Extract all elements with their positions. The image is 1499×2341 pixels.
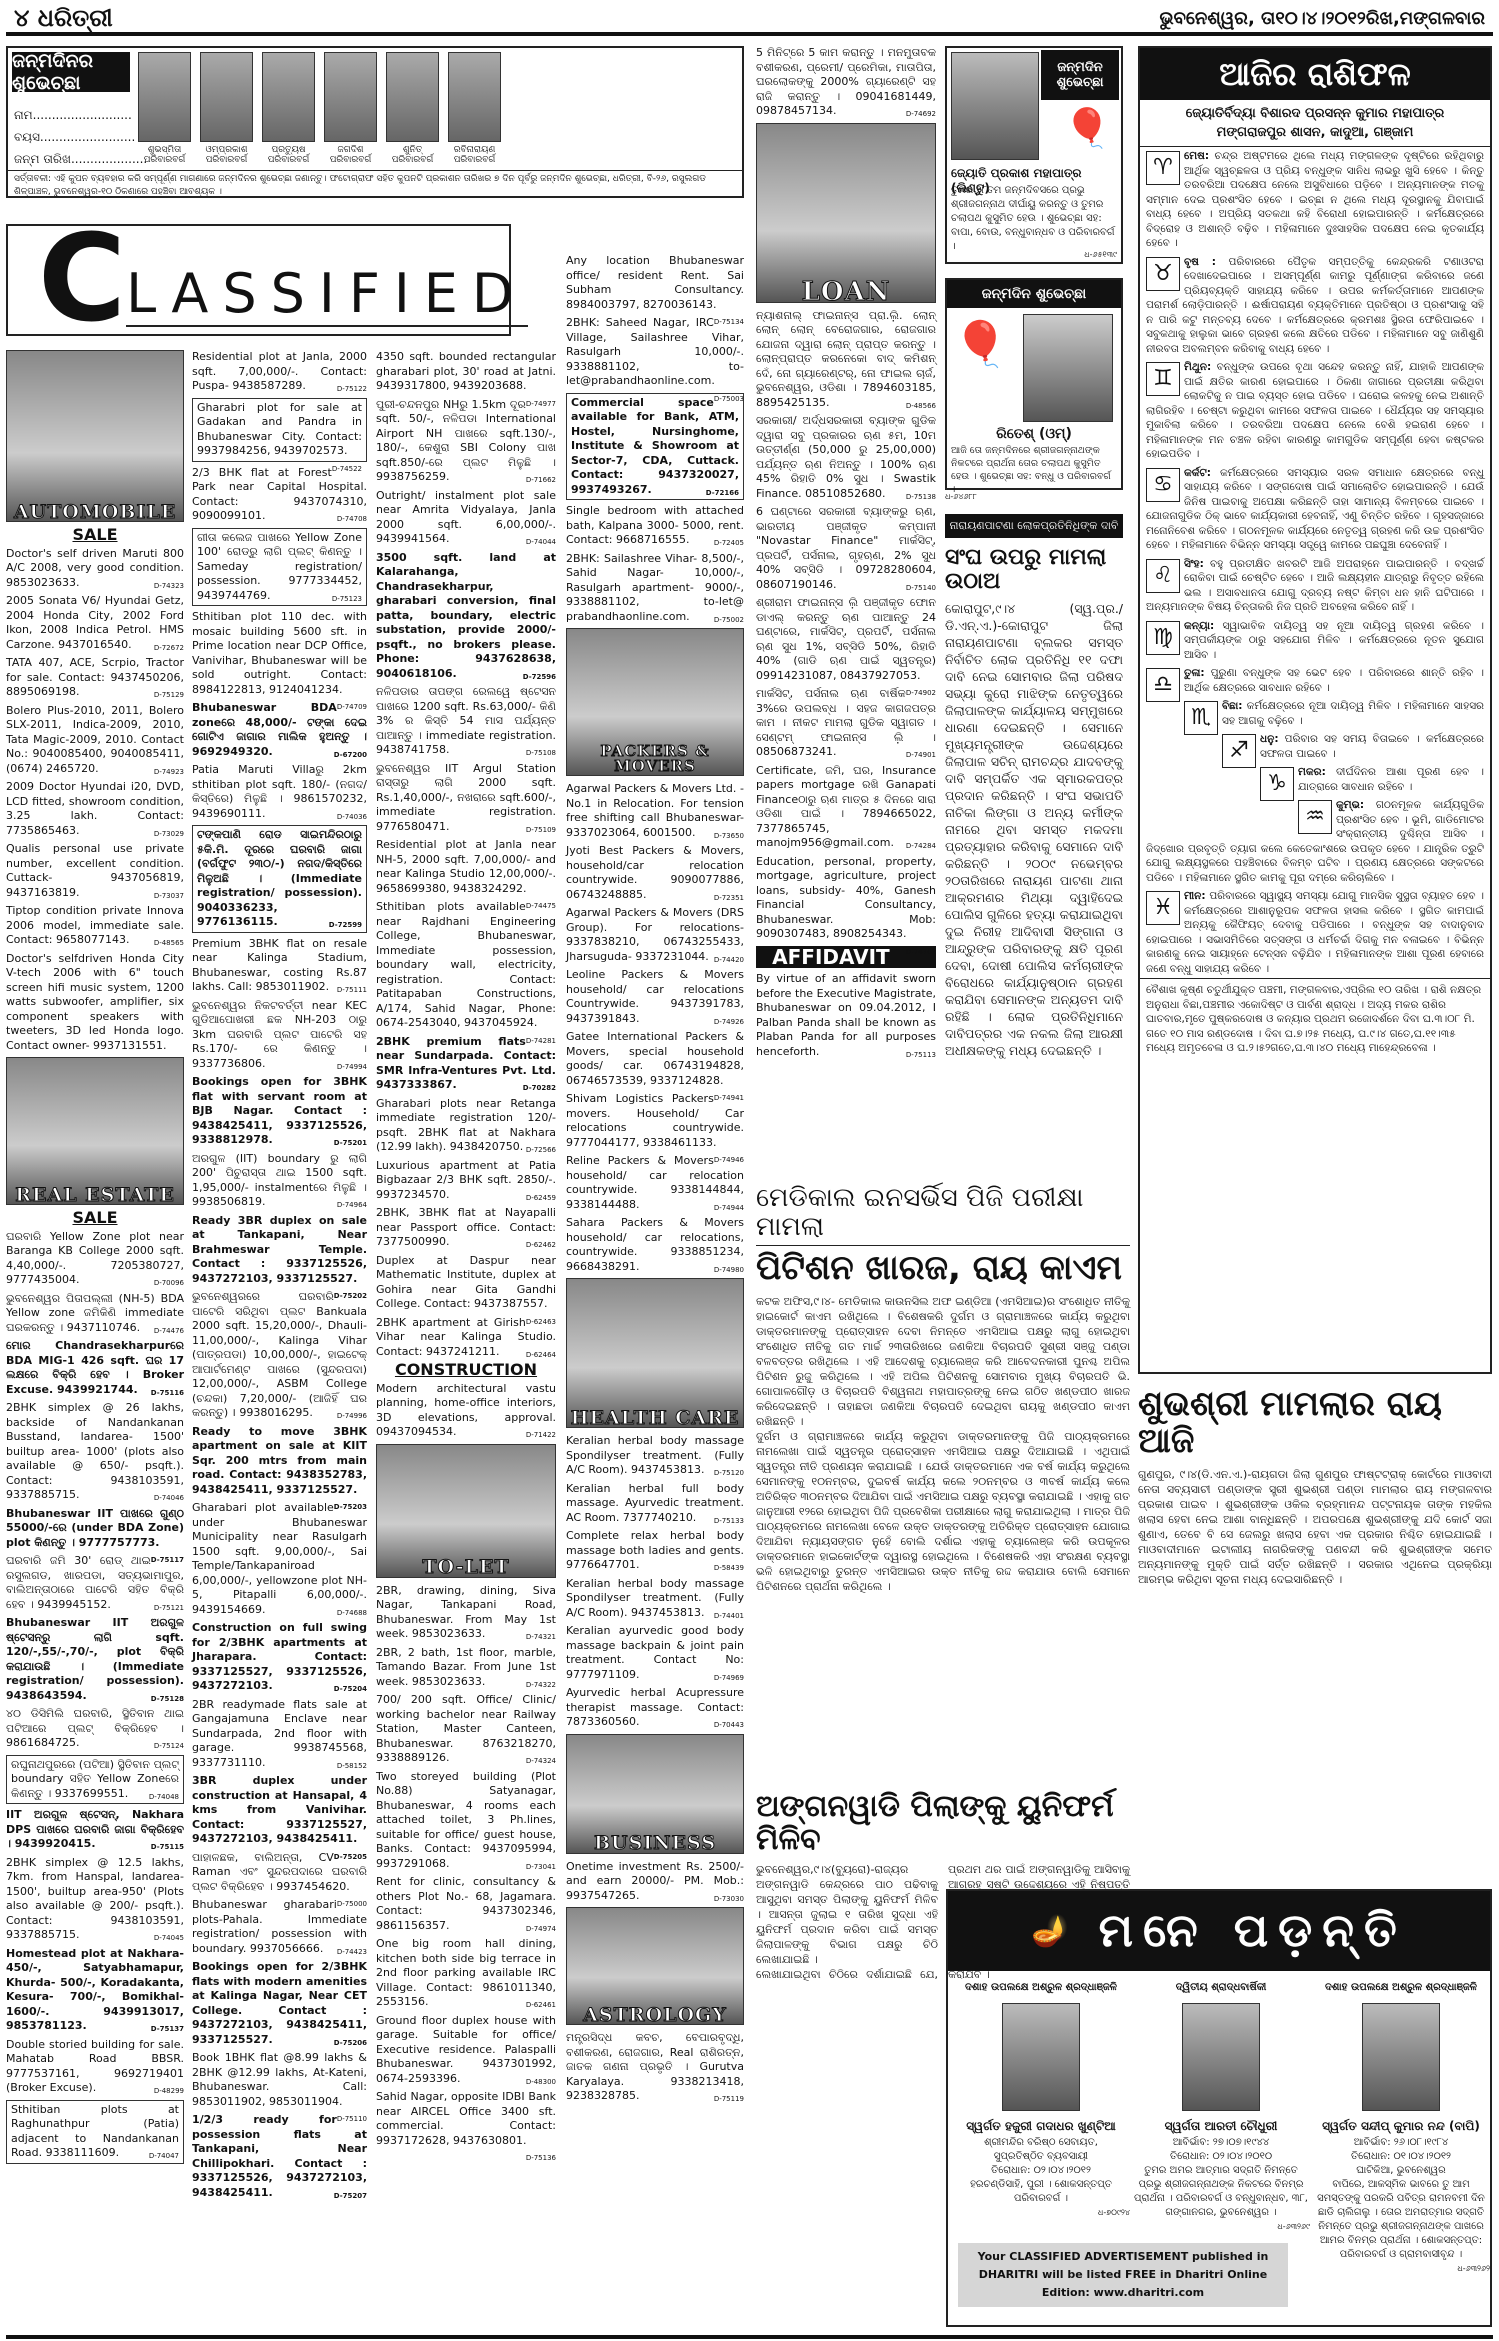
ad-code: D-75122	[337, 382, 367, 397]
zodiac-entry: ♈ମେଷ: ଚନ୍ଦ୍ର ଅଷ୍ଟମରେ ଥିଲେ ମଧ୍ୟ ମଙ୍ଗଳଙ୍କ …	[1140, 147, 1490, 253]
ad-code: D-75201	[334, 1136, 367, 1151]
ad-code: D-75133	[714, 1514, 744, 1529]
property-ads-list-3: 4350 sqft. bounded rectangular gharabari…	[376, 350, 556, 1359]
obituary-arati: ଦ୍ୱିତୀୟ ଶ୍ରାଦ୍ଧବାର୍ଷିକୀ ସ୍ୱର୍ଗତା ଆରତୀ ଚୌ…	[1132, 1981, 1310, 2234]
kid-portrait: ଶୁନିତ୍ପରିବାରବର୍ଗ	[386, 52, 439, 165]
column-automobile-realestate: AUTOMOBILE SALE Doctor's self driven Mar…	[6, 350, 184, 2168]
classified-ad: Bhubaneswar IIT ଅରଗୁଳ ଷ୍ଟେସନ୍‌ରୁ ଲାଗି sq…	[6, 1616, 184, 1703]
classified-ad: Bhubaneswar IIT ପାଖରେ ଗୁଣ୍ଠ 55000/-ରେ (u…	[6, 1507, 184, 1551]
ad-code: D-74048	[149, 1790, 179, 1805]
birthday-card-jyoti: ଜନ୍ମଦିନ ଶୁଭେଚ୍ଛା 🎈 ଜ୍ୟୋତି ପ୍ରକାଶ ମହାପାତ୍…	[945, 46, 1123, 264]
ad-code: D-75121	[154, 1601, 184, 1616]
classified-ad: Patia Maruti Villaରୁ 2km sthitiban plot …	[192, 763, 367, 821]
ad-code: D-74944	[714, 1201, 744, 1216]
ad-code: D-70282	[523, 1081, 556, 1096]
classified-ad: 3500 sqft. land at Kalarahanga, Chandras…	[376, 551, 556, 682]
classified-ad: Premium 3BHK flat on resale near Kalinga…	[192, 937, 367, 995]
balloons-icon: 🎈	[1064, 106, 1111, 151]
ad-code: D-74688	[337, 1606, 367, 1621]
classified-ad: ରଘୁନାଥପୁରରେ (ପଟିଆ) ସ୍ଥିତିବାନ ପ୍ଲଟ୍ bound…	[6, 1755, 184, 1805]
realestate-ads-list: ଘରବାରି Yellow Zone plot near Baranga KB …	[6, 1230, 184, 2164]
dateline: ଭୁବନେଶ୍ୱର, ତା୧୦।୪।୨୦୧୨ରିଖ,ମଙ୍ଗଳବାର	[1159, 8, 1485, 29]
news-body: ଗୁଣପୁର, ୯।୪(ଡି.ଏନ.ଏ.)-ରାୟଗଡା ଜିଲା ଗୁଣପୁର…	[1138, 1467, 1492, 1587]
zodiac-prediction: ବନ୍ଧୁଙ୍କ ଉପରେ ବୃଥା ସନ୍ଦେହ କରନ୍ତୁ ନାହିଁ, …	[1146, 361, 1484, 460]
kid-portrait: ରବିନାରାୟଣପରିବାରବର୍ଗ	[448, 52, 501, 165]
ad-text: Book 1BHK flat @8.99 lakhs & 2BHK @12.99…	[192, 2051, 367, 2108]
healthcare-ads-list: Keralian herbal body massage Spondilyser…	[566, 1434, 744, 1730]
ad-code: D-75117	[151, 1553, 184, 1568]
construction-ads-list: Modern architectural vastu planning, hom…	[376, 1382, 556, 1440]
ad-code: D-75111	[337, 983, 367, 998]
ad-code: D-72566	[526, 1143, 556, 1158]
ad-text: Bhubaneswar IIT ଅରଗୁଳ ଷ୍ଟେସନ୍‌ରୁ ଲାଗି sq…	[6, 1616, 184, 1702]
classified-ad: 700/ 200 sqft. Office/ Clinic/ working b…	[376, 1693, 556, 1766]
ad-code: D-74284	[906, 839, 936, 854]
business-category-image: BUSINESS	[566, 1734, 744, 1854]
classified-ad: 2009 Doctor Hyundai i20, DVD, LCD fitted…	[6, 780, 184, 838]
ad-text: ଟଙ୍କପାଣି ରୋଡ ସାଇମନ୍ଦିରଠାରୁ ୫କି.ମି. ଦୂରରେ…	[197, 828, 362, 928]
classified-ad: Single bedroom with attached bath, Kalpa…	[566, 504, 744, 548]
ad-code: D-74323	[154, 579, 184, 594]
ad-code: D-73650	[714, 829, 744, 844]
ad-code: D-74281	[526, 1034, 556, 1049]
birthday-person-name: ରିତେଶ୍ (ଓମ୍)	[947, 426, 1121, 442]
classified-ad: Doctor's self driven Maruti 800 A/C 2008…	[6, 547, 184, 591]
zodiac-entry: ♑ମକର: ଦୀର୍ଘଦିନର ଆଶା ପୂରଣ ହେବ । ଯାତ୍ରାରେ …	[1140, 763, 1490, 796]
ad-code: D-74709	[337, 700, 367, 715]
tolet-category-image: TO-LET	[376, 1444, 556, 1578]
ad-text: 4350 sqft. bounded rectangular gharabari…	[376, 350, 556, 392]
zodiac-entry: ♓ମୀନ: ପରିବାରରେ ସ୍ୱାସ୍ଥ୍ୟ ସମସ୍ୟା ଯୋଗୁ ମାନ…	[1140, 887, 1490, 978]
ad-code: D-74036	[337, 810, 367, 825]
classified-ad: ନଳିପଡାର ତାପଙ୍ଗ ରେଲୱେ ଷ୍ଟେସନ ପାଖରେ 1200 s…	[376, 685, 556, 758]
zodiac-sign-icon: ♉	[1146, 257, 1180, 291]
kid-portrait: ଓମ୍‌ପ୍ରକାଶପରିବାରବର୍ଗ	[200, 52, 253, 165]
ad-code: D-62463	[526, 1315, 556, 1330]
ad-code: D-74401	[714, 1609, 744, 1624]
obituary-photo	[1002, 2003, 1080, 2111]
classified-ad: ସରକାରୀ/ ଅର୍ଦ୍ଧସରକାରୀ ବ୍ୟାଙ୍କ ଗୁଡିକ ଦ୍ୱାର…	[756, 414, 936, 501]
bottom-divider	[6, 2335, 1493, 2339]
news-kicker: ମେଡିକାଲ ଇନସର୍ଭିସ ପିଜି ପରୀକ୍ଷା ମାମଲା	[756, 1184, 1130, 1246]
ad-text: Any location Bhubaneswar office/ residen…	[566, 254, 744, 311]
classified-ad: ଭୁବନେଶ୍ୱରରେ ଘରବାରି ପାଟେରି ସରିଥିବା ପ୍ଲଟ B…	[192, 1290, 367, 1421]
zodiac-list: ♈ମେଷ: ଚନ୍ଦ୍ର ଅଷ୍ଟମରେ ଥିଲେ ମଧ୍ୟ ମଙ୍ଗଳଙ୍କ …	[1140, 147, 1490, 978]
ad-text: Certificate, ଜମି, ଘର, Insurance papers m…	[756, 764, 936, 850]
classified-ad: 4350 sqft. bounded rectangular gharabari…	[376, 350, 556, 394]
classified-ad: Ayurvedic herbal Acupressure therapist m…	[566, 1686, 744, 1730]
classified-ad: Duplex at Daspur near Mathematic Institu…	[376, 1254, 556, 1312]
news-kicker: ନାରାୟଣପାଟଣା ଲୋକପ୍ରତିନିଧିଙ୍କ ଦାବି	[945, 514, 1123, 538]
zodiac-sign-icon: ♑	[1260, 767, 1294, 801]
zodiac-sign-icon: ♋	[1146, 468, 1180, 502]
classified-ad: Keralian herbal full body massage. Ayurv…	[566, 1482, 744, 1526]
classified-ad: ମନ୍ତ୍ରସିଦ୍ଧ କବଚ, ବେପାରବୃଦ୍ଧି, ବଶୀକରଣ, ରୋ…	[566, 2031, 744, 2104]
ad-text: 3BR duplex under construction at Hansapa…	[192, 1774, 367, 1845]
ad-code: D-58152	[337, 1759, 367, 1774]
classified-ad: Two storeyed building (Plot No.88) Satya…	[376, 1770, 556, 1872]
news-subhasree: ଶୁଭଶ୍ରୀ ମାମଲାର ରାୟ ଆଜି ଗୁଣପୁର, ୯।୪(ଡି.ଏନ…	[1138, 1386, 1492, 1587]
ad-code: D-75207	[334, 2189, 367, 2204]
ad-code: D-48566	[906, 399, 936, 414]
ad-code: D-74994	[337, 1060, 367, 1075]
ad-code: D-72405	[714, 536, 744, 551]
classified-ad: Keralian herbal body massage Spondilyser…	[566, 1434, 744, 1478]
classified-ad: Sthitiban plots at Raghunathpur (Patia) …	[6, 2100, 184, 2164]
classified-ad: Agarwal Packers & Movers Ltd. - No.1 in …	[566, 782, 744, 840]
ad-code: D-72672	[154, 641, 184, 656]
ad-code: D-75110	[337, 2112, 367, 2127]
kid-portrait: ଶୁଭସ୍ମିତାପରିବାରବର୍ଗ	[138, 52, 191, 165]
top-ads-list: 5 ମିନିଟ୍‌ରେ 5 କାମ କରାନ୍ତୁ । ମନମୁତାବକ ବଶୀ…	[756, 46, 936, 119]
classified-ad: Onetime investment Rs. 2500/- and earn 2…	[566, 1860, 744, 1904]
column-rent-services: Any location Bhubaneswar office/ residen…	[566, 254, 744, 2108]
zodiac-entry: ♌ସିଂହ: ବହୁ ପ୍ରତୀକ୍ଷିତ ଖବରଟି ଆଜି ଅପରାହ୍ନେ…	[1140, 555, 1490, 617]
tolet-ads-list: 2BR, drawing, dining, Siva Nagar, Tankap…	[376, 1584, 556, 2149]
healthcare-category-image: HEALTH CARE	[566, 1278, 744, 1428]
ad-code: D-74475	[526, 899, 556, 914]
news-headline: ସଂଘ ଉପରୁ ମାମଲା ଉଠାଅ	[945, 546, 1123, 594]
column-property-2: Residential plot at Janla, 2000 sqft. 7,…	[192, 350, 367, 2204]
ad-text: Gharabari plot available under Bhubanesw…	[192, 1501, 367, 1616]
ad-text: Ready 3BR duplex on sale at Tankapani, N…	[192, 1214, 367, 1285]
news-body: କୋରାପୁଟ,୯।୪ (ସ୍ୱ.ପ୍ର./ ଡି.ଏନ୍.ଏ.)-କୋରାପୁ…	[945, 600, 1123, 1059]
classified-ad: ଅରଗୁଳ (IIT) boundary ରୁ ଲାଗି 200' ପିଚୁରା…	[192, 1152, 367, 1210]
ad-code: D-75128	[151, 1692, 184, 1707]
kid-photo	[324, 52, 377, 142]
ad-code: D-74902	[906, 686, 936, 701]
classified-ad: Construction on full swing for 2/3BHK ap…	[192, 1621, 367, 1694]
classified-ad: Any location Bhubaneswar office/ residen…	[566, 254, 744, 312]
classified-ad: 2BHK, 3BHK flat at Nayapalli near Passpo…	[376, 1206, 556, 1250]
page-number-masthead: ୪ ଧରିତ୍ରୀ	[14, 4, 113, 32]
birthday-photo	[1023, 314, 1113, 422]
classified-ad: ଗୀତା କଲେଜ ପାଖରେ Yellow Zone 100' ରୋଡ୍‌ରୁ…	[192, 528, 367, 607]
ad-code: D-75115	[151, 1840, 184, 1855]
ad-code: D-75119	[714, 2092, 744, 2107]
ad-code: D-67200	[334, 748, 367, 763]
ad-text: ସରକାରୀ/ ଅର୍ଦ୍ଧସରକାରୀ ବ୍ୟାଙ୍କ ଗୁଡିକ ଦ୍ୱାର…	[756, 414, 936, 500]
zodiac-prediction: ପରିବାର ସହ ସମୟ ବିତାଇବେ । କର୍ମକ୍ଷେତ୍ରରେ ସଫ…	[1260, 733, 1484, 760]
zodiac-prediction: ପୁରୁଣା ବନ୍ଧୁଙ୍କ ସହ ଭେଟ ହେବ । ପରିବାରରେ ଶା…	[1184, 667, 1484, 694]
ad-code: D-62459	[526, 1191, 556, 1206]
ad-code: ଧ-୬୪୬୮୮	[945, 492, 977, 502]
birthday-message: ତୁମର ୧୮ତମ ଜନ୍ମଦିବସରେ ପ୍ରଭୁ ଶ୍ରୀଜଗନ୍ନାଥ ଦ…	[951, 184, 1117, 254]
zodiac-sign-icon: ♌	[1146, 559, 1180, 593]
dharitri-online-promo: Your CLASSIFIED ADVERTISEMENT published …	[958, 2243, 1288, 2307]
ad-code: D-75129	[154, 688, 184, 703]
ad-code: D-74324	[526, 1754, 556, 1769]
classified-ad: Homestead plot at Nakhara-450/-, Satyabh…	[6, 1947, 184, 2034]
ad-code: D-73030	[714, 1892, 744, 1907]
ad-code: D-74926	[714, 1015, 744, 1030]
ad-code: D-74974	[526, 1922, 556, 1937]
ad-text: Bookings open for 2/3BHK flats with mode…	[192, 1960, 367, 2046]
coupon-terms: ସର୍ତ୍ତାବଳୀ: ଏହି କୁପନ ବ୍ୟବହାର କରି ସମ୍ପୂର୍…	[8, 170, 742, 201]
classified-ad: Jyoti Best Packers & Movers, household/c…	[566, 844, 744, 902]
zodiac-prediction: ଚନ୍ଦ୍ର ଅଷ୍ଟମରେ ଥିଲେ ମଧ୍ୟ ମଙ୍ଗଳଙ୍କ ଦୃଷ୍ଟି…	[1146, 150, 1484, 249]
ad-code: D-75113	[906, 1048, 936, 1063]
ad-code: ଧ-୬୫୧୩୯	[1084, 250, 1117, 260]
ad-code: D-72351	[714, 891, 744, 906]
ad-text: 2BHK simplex @ 12.5 lakhs, 7km. from Han…	[6, 1856, 184, 1942]
classified-ad: 2BHK simplex @ 12.5 lakhs, 7km. from Han…	[6, 1856, 184, 1943]
classified-ad: Luxurious apartment at Patia Bigbazaar 2…	[376, 1159, 556, 1203]
zodiac-prediction: ପରିବାରରେ ପୈତୃକ ସମ୍ପତ୍ତିକୁ କେନ୍ଦ୍ରକରି ଟଣା…	[1146, 256, 1484, 355]
ad-code: D-72599	[329, 918, 362, 933]
ad-code: D-48565	[154, 936, 184, 951]
ad-code: D-75000	[337, 1897, 367, 1912]
ad-code: D-74980	[714, 1263, 744, 1278]
ad-text: Gharabri plot for sale at Gadakan and Pa…	[197, 401, 362, 458]
classified-ad: 2005 Sonata V6/ Hyundai Getz, 2004 Honda…	[6, 594, 184, 652]
ad-code: D-73029	[154, 827, 184, 842]
auto-ads-list: Doctor's self driven Maruti 800 A/C 2008…	[6, 547, 184, 1054]
ad-text: 3500 sqft. land at Kalarahanga, Chandras…	[376, 551, 556, 680]
ad-code: D-73037	[154, 889, 184, 904]
classified-ad: Ready to move 3BHK apartment on sale at …	[192, 1425, 367, 1498]
ad-code: D-70096	[154, 1276, 184, 1291]
obituary-photo	[1182, 2003, 1260, 2111]
mane-padanti-title: 🪔 ମନେ ପଡ଼ନ୍ତି	[948, 1891, 1490, 1971]
classified-ad: Gharabri plot for sale at Gadakan and Pa…	[192, 398, 367, 462]
ad-text: Duplex at Daspur near Mathematic Institu…	[376, 1254, 556, 1311]
ad-code: D-75137	[151, 2022, 184, 2037]
kid-portrait: ପ୍ରତ୍ୟୁଷପରିବାରବର୍ଗ	[262, 52, 315, 165]
zodiac-sign-name: ଧନୁ:	[1260, 733, 1279, 745]
ad-code: D-75108	[526, 746, 556, 761]
zodiac-sign-name: ମିଥୁନ:	[1184, 361, 1211, 373]
classified-big-c: C	[38, 220, 126, 340]
news-headline: ଅଙ୍ଗନୱାଡି ପିଲାଙ୍କୁ ୟୁନିଫର୍ମ ମିଳିବ	[756, 1790, 1130, 1856]
birthday-card-head: ଜନ୍ମଦିନ ଶୁଭେଚ୍ଛା	[947, 280, 1121, 308]
ad-code: D-74321	[526, 1630, 556, 1645]
classified-ad: Bolero Plus-2010, 2011, Bolero SLX-2011,…	[6, 704, 184, 777]
classified-ad: 3BR duplex under construction at Hansapa…	[192, 1774, 367, 1847]
ad-text: By virtue of an affidavit sworn before t…	[756, 972, 936, 1058]
kid-portrait: ଜଗଦିଶପରିବାରବର୍ଗ	[324, 52, 377, 165]
zodiac-sign-icon: ♍	[1146, 621, 1180, 655]
zodiac-sign-name: ମକର:	[1298, 766, 1326, 778]
ad-code: D-71422	[526, 1428, 556, 1443]
ad-code: D-74420	[714, 953, 744, 968]
ad-text: Sthitiban plot 110 dec. with mosaic buil…	[192, 610, 367, 696]
zodiac-sign-icon: ♊	[1146, 362, 1180, 396]
classified-ad: ଘରବାରି Yellow Zone plot near Baranga KB …	[6, 1230, 184, 1288]
ad-code: D-74996	[337, 1409, 367, 1424]
ad-code: D-74522	[332, 462, 362, 477]
zodiac-sign-icon: ♈	[1146, 151, 1180, 185]
ad-code: D-58439	[714, 1561, 744, 1576]
ad-code: D-74045	[154, 1931, 184, 1946]
classified-ad: ମୋର Chandrasekharpurରେ BDA MIG-1 426 sqf…	[6, 1339, 184, 1397]
astrology-ads-list: ମନ୍ତ୍ରସିଦ୍ଧ କବଚ, ବେପାରବୃଦ୍ଧି, ବଶୀକରଣ, ରୋ…	[566, 2031, 744, 2104]
classified-ad: Certificate, ଜମି, ଘର, Insurance papers m…	[756, 764, 936, 851]
classified-ad: ଭୁବନେଶ୍ୱର ପିତାପଲ୍ଲୀ (NH-5) BDA Yellow zo…	[6, 1292, 184, 1336]
coupon-age-field: ବୟସ.........................	[14, 130, 135, 145]
classified-ad: Ground floor duplex house with garage. S…	[376, 2014, 556, 2087]
classified-ad: Sahara Packers & Movers household/ car r…	[566, 1216, 744, 1274]
classified-ad: By virtue of an affidavit sworn before t…	[756, 972, 936, 1059]
ad-code: D-75204	[334, 1682, 367, 1697]
classified-ad: Residential plot at Janla near NH-5, 200…	[376, 838, 556, 896]
classified-ad: Sthitiban plot 110 dec. with mosaic buil…	[192, 610, 367, 697]
ad-text: Homestead plot at Nakhara-450/-, Satyabh…	[6, 1947, 184, 2033]
kid-photo	[448, 52, 501, 142]
classified-wordmark: LASSIFIED	[126, 262, 527, 327]
zodiac-entry: ♏ବିଛା: କର୍ମକ୍ଷେତ୍ରରେ ନୂଆ ଦାୟିତ୍ୱ ମିଳିବ ।…	[1140, 697, 1490, 730]
ad-code: D-72166	[706, 486, 739, 501]
classified-ad: Tiptop condition private Innova 2006 mod…	[6, 904, 184, 948]
ad-code: D-74322	[526, 1678, 556, 1693]
column-loans: 5 ମିନିଟ୍‌ରେ 5 କାମ କରାନ୍ତୁ । ମନମୁତାବକ ବଶୀ…	[756, 46, 936, 1063]
classified-ad: 6 ଘଣ୍ଟାରେ ସରକାରୀ ବ୍ୟାଙ୍କରୁ ଋଣ, ଭାରତୀୟ ପଞ…	[756, 505, 936, 592]
zodiac-sign-icon: ♎	[1146, 668, 1180, 702]
classified-ad: Gharabari plots near Retanga immediate r…	[376, 1097, 556, 1155]
classified-ad: ଶ୍ରୀରାମ ଫାଇନାନ୍ସ ଲି଼ ପଞ୍ଜୀକୃତ ଫୋନ ଡାଏଲ୍ …	[756, 596, 936, 683]
ad-text: Sthitiban plots available near Rajdhani …	[376, 900, 556, 1029]
zodiac-sign-name: ମେଷ:	[1184, 150, 1209, 162]
ad-code: D-75206	[334, 2036, 367, 2051]
ad-text: Doctor's selfdriven Honda City V-tech 20…	[6, 952, 184, 1052]
news-narayanpatna: ନାରାୟଣପାଟଣା ଲୋକପ୍ରତିନିଧିଙ୍କ ଦାବି ସଂଘ ଉପର…	[945, 514, 1123, 1059]
zodiac-sign-name: ବୃଷ :	[1184, 256, 1216, 268]
ad-code: D-62461	[526, 1998, 556, 2013]
classified-ad: Outright/ instalment plot sale near Amri…	[376, 489, 556, 547]
ad-code: D-71662	[526, 473, 556, 488]
birthday-photo	[951, 52, 1039, 160]
classified-ad: Modern architectural vastu planning, hom…	[376, 1382, 556, 1440]
diya-lamp-icon: 🪔	[1031, 1914, 1078, 1949]
classified-banner: C LASSIFIED	[6, 224, 511, 336]
birthday-coupon: ଜନ୍ମଦିନର ଶୁଭେଚ୍ଛା ନାମ...................…	[6, 46, 744, 198]
ad-code: D-75140	[906, 581, 936, 596]
ad-code: D-75120	[714, 1466, 744, 1481]
zodiac-sign-name: କର୍କଟ:	[1184, 467, 1211, 479]
ad-code: D-75205	[334, 1850, 367, 1865]
ad-code: D-70443	[714, 1718, 744, 1733]
news-pg-exam: ମେଡିକାଲ ଇନସର୍ଭିସ ପିଜି ପରୀକ୍ଷା ମାମଲା ପିଟି…	[756, 1184, 1130, 1594]
ad-code: D-74692	[906, 107, 936, 122]
zodiac-prediction: ଦୀର୍ଘଦିନର ଆଶା ପୂରଣ ହେବ । ଯାତ୍ରାରେ ସାବଧାନ…	[1298, 766, 1484, 793]
classified-ad: Bookings open for 3BHK flat with servant…	[192, 1075, 367, 1148]
classified-ad: Qualis personal use private number, exce…	[6, 842, 184, 900]
ad-code: D-74977	[526, 397, 556, 412]
ad-code: D-74702	[906, 945, 936, 960]
news-headline: ପିଟିଶନ ଖାରଜ, ରାୟ କାଏମ	[756, 1250, 1130, 1287]
kid-photo	[138, 52, 191, 142]
balloons-icon: 🎈	[953, 318, 1008, 370]
classified-ad: Ready 3BR duplex on sale at Tankapani, N…	[192, 1214, 367, 1287]
classified-ad: IIT ଅରଗୁଳ ଷ୍ଟେସନ୍, Nakhara DPS ପାଖରେ ଘରବ…	[6, 1808, 184, 1852]
ad-text: Bhubaneswar IIT ପାଖରେ ଗୁଣ୍ଠ 55000/-ରେ (u…	[6, 1507, 184, 1549]
ad-text: ଭୁବନେଶ୍ୱରରେ ଘରବାରି ପାଟେରି ସରିଥିବା ପ୍ଲଟ B…	[192, 1290, 367, 1419]
ad-code: D-75138	[906, 490, 936, 505]
ad-code: D-75002	[714, 613, 744, 628]
classified-ad: Sthitiban plots available near Rajdhani …	[376, 900, 556, 1031]
zodiac-sign-icon: ♏	[1184, 701, 1218, 735]
packers-ads-list: Agarwal Packers & Movers Ltd. - No.1 in …	[566, 782, 744, 1274]
ad-text: Commercial space available for Bank, ATM…	[571, 396, 739, 496]
ad-text: 6 ଘଣ୍ଟାରେ ସରକାରୀ ବ୍ୟାଙ୍କରୁ ଋଣ, ଭାରତୀୟ ପଞ…	[756, 505, 936, 591]
ad-text: 2BHK simplex @ 26 lakhs, backside of Nan…	[6, 1401, 184, 1501]
ad-code: D-62462	[526, 1238, 556, 1253]
ad-code: D-74969	[714, 1671, 744, 1686]
birthday-coupon-title: ଜନ୍ମଦିନର ଶୁଭେଚ୍ଛା	[12, 52, 130, 92]
ad-text: Residential plot at Janla near NH-5, 200…	[376, 838, 556, 895]
zodiac-prediction: ସ୍ୱାଭାବିକ ଦାୟିତ୍ୱ ସହ ନୂଆ ଦାୟିତ୍ୱ ଗ୍ରହଣ କ…	[1184, 620, 1484, 661]
ad-text: ଶ୍ରୀରାମ ଫାଇନାନ୍ସ ଲି଼ ପଞ୍ଜୀକୃତ ଫୋନ ଡାଏଲ୍ …	[756, 596, 936, 682]
loan-ads-list: ନ୍ୟାଶନାଲ୍ ଫାଇନାନ୍ସ ପ୍ରା.ଲି଼. ଲୋନ୍ ଲୋନ୍ ଲ…	[756, 309, 936, 942]
ad-code: D-74964	[337, 1198, 367, 1213]
rent-ads-list: Any location Bhubaneswar office/ residen…	[566, 254, 744, 624]
kid-photo	[200, 52, 253, 142]
ad-code: D-74941	[714, 1091, 744, 1106]
ad-code: D-75123	[332, 592, 362, 607]
obituary-sandeep: ଦଶାହ ଉପଲକ୍ଷେ ଅଶ୍ରୁଳ ଶ୍ରଦ୍ଧାଞ୍ଜଳି ସ୍ୱର୍ଗତ…	[1312, 1981, 1490, 2276]
classified-ad: Commercial space available for Bank, ATM…	[566, 393, 744, 501]
zodiac-sign-name: ସିଂହ:	[1184, 558, 1204, 570]
ad-text: Sahid Nagar, opposite IDBI Bank near AIR…	[376, 2090, 556, 2147]
zodiac-sign-name: କୁମ୍ଭ:	[1336, 799, 1364, 811]
realestate-sale-heading: SALE	[6, 1211, 184, 1226]
zodiac-prediction: ପରିବାରରେ ସ୍ୱାସ୍ଥ୍ୟ ସମସ୍ୟା ଯୋଗୁ ମାନସିକ ସୁ…	[1146, 890, 1484, 975]
classified-ad: 2BR readymade flats sale at Gangajamuna …	[192, 1698, 367, 1771]
zodiac-sign-icon: ♒	[1298, 800, 1332, 834]
zodiac-sign-icon: ♐	[1222, 734, 1256, 768]
ad-code: D-75109	[526, 823, 556, 838]
ad-code: D-73041	[526, 1860, 556, 1875]
property-ads-list: Residential plot at Janla, 2000 sqft. 7,…	[192, 350, 367, 2200]
news-headline: ଶୁଭଶ୍ରୀ ମାମଲାର ରାୟ ଆଜି	[1138, 1386, 1492, 1461]
zodiac-entry: ♊ମିଥୁନ: ବନ୍ଧୁଙ୍କ ଉପରେ ବୃଥା ସନ୍ଦେହ କରନ୍ତୁ…	[1140, 358, 1490, 464]
news-body: କଟକ ଅଫିସ,୯।୪- ମେଡିକାଲ କାଉନସିଲ ଅଫ ଇଣ୍ଡିଆ …	[756, 1294, 1130, 1594]
classified-ad: Leoline Packers & Movers household/ car …	[566, 968, 744, 1026]
mane-padanti-obituary: 🪔 ମନେ ପଡ଼ନ୍ତି ଦଶାହ ଉପଲକ୍ଷେ ଅଶ୍ରୁଳ ଶ୍ରଦ୍ଧ…	[946, 1889, 1492, 2327]
real-estate-category-image: REAL ESTATE	[6, 1057, 184, 1205]
ad-code: D-74923	[154, 765, 184, 780]
ad-text: ନ୍ୟାଶନାଲ୍ ଫାଇନାନ୍ସ ପ୍ରା.ଲି଼. ଲୋନ୍ ଲୋନ୍ ଲ…	[756, 309, 936, 409]
classified-ad: 2BR, drawing, dining, Siva Nagar, Tankap…	[376, 1584, 556, 1642]
ad-code: D-74423	[337, 1945, 367, 1960]
classified-ad: Double storied building for sale. Mahata…	[6, 2038, 184, 2096]
ad-code: D-74476	[154, 1324, 184, 1339]
classified-ad: Book 1BHK flat @8.99 lakhs & 2BHK @12.99…	[192, 2051, 367, 2109]
panjika-almanac: ବୈଶାଖ କୃଷ୍ଣ ଚତୁର୍ଥୀଯୁକ୍ତ ପଞ୍ଚମୀ, ମଙ୍ଗଳବା…	[1140, 978, 1490, 1060]
ad-text: Education, personal, property, mortgage,…	[756, 855, 936, 941]
classified-ad: ୪୦ ଡିସିମିଲି ଘରବାରି, ସ୍ଥିତିବାନ ଥାଇ ପଟିଆରେ…	[6, 1707, 184, 1751]
affidavit-ads-list: By virtue of an affidavit sworn before t…	[756, 972, 936, 1059]
ad-code: D-75134	[714, 315, 744, 330]
ad-code: D-72596	[523, 670, 556, 685]
business-ads-list: Onetime investment Rs. 2500/- and earn 2…	[566, 1860, 744, 1904]
ad-code: D-74047	[149, 2149, 179, 2164]
classified-ad: ନ୍ୟାଶନାଲ୍ ଫାଇନାନ୍ସ ପ୍ରା.ଲି଼. ଲୋନ୍ ଲୋନ୍ ଲ…	[756, 309, 936, 411]
ad-code: D-48299	[154, 2084, 184, 2099]
ad-code: D-75116	[151, 1386, 184, 1401]
ad-code: D-75203	[334, 1500, 367, 1515]
auto-sale-heading: SALE	[6, 528, 184, 543]
construction-heading: CONSTRUCTION	[376, 1363, 556, 1378]
ad-code: D-74946	[714, 1153, 744, 1168]
kid-photo	[386, 52, 439, 142]
classified-ad: Sahid Nagar, opposite IDBI Bank near AIR…	[376, 2090, 556, 2148]
zodiac-sign-icon: ♓	[1146, 891, 1180, 925]
obituary-photo	[1362, 2003, 1440, 2111]
ad-text: Two storeyed building (Plot No.88) Satya…	[376, 1770, 556, 1870]
classified-ad: ଭୁବନେଶ୍ୱର IIT Argul Station ରାସ୍ତାରୁ ଲାଗ…	[376, 762, 556, 835]
zodiac-entry: ♍କନ୍ୟା: ସ୍ୱାଭାବିକ ଦାୟିତ୍ୱ ସହ ନୂଆ ଦାୟିତ୍ୱ…	[1140, 617, 1490, 665]
